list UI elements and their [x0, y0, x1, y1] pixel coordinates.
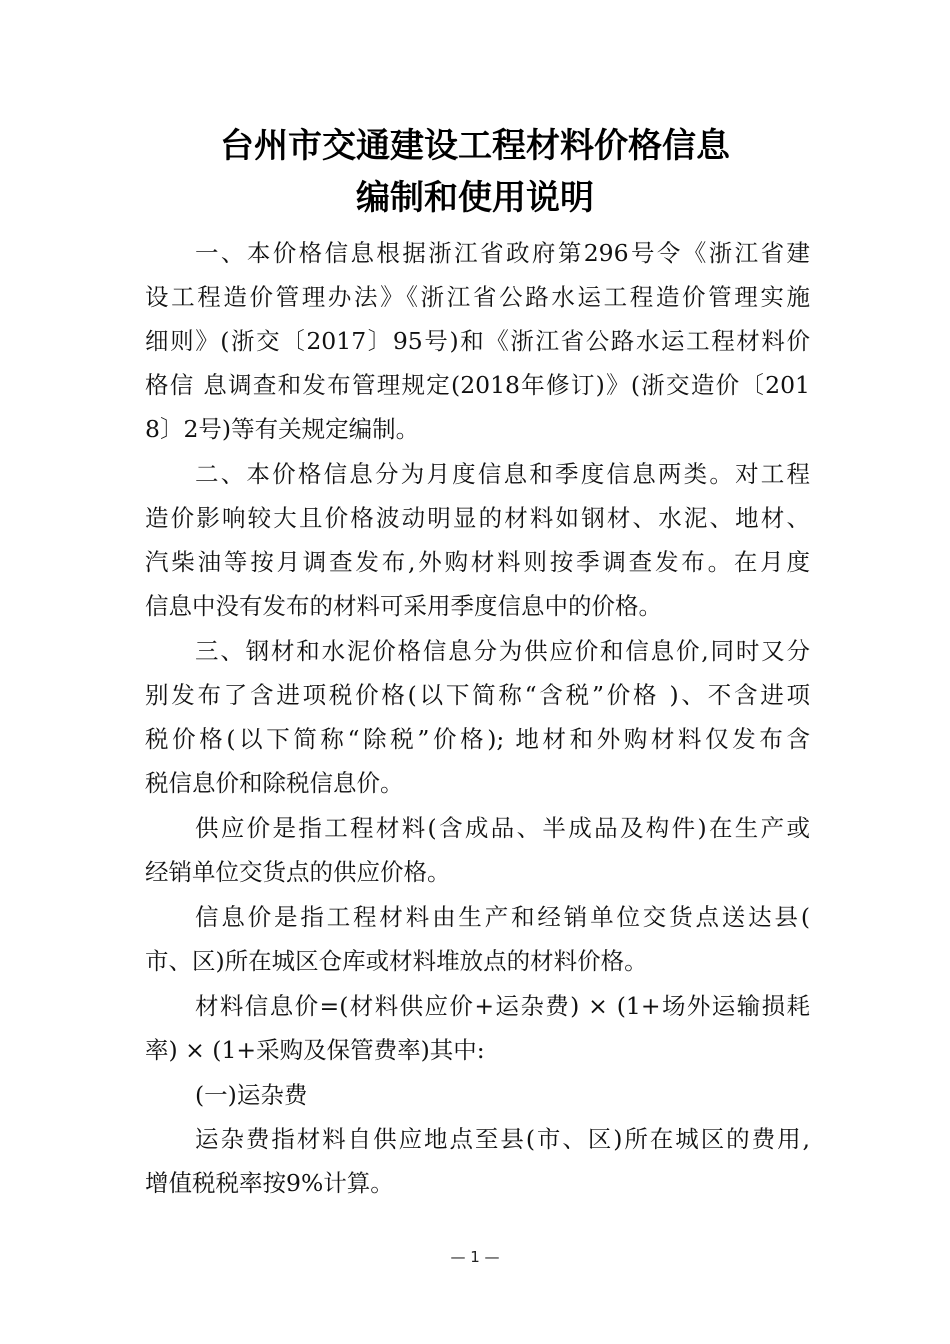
body-text-line: 二、本价格信息分为月度信息和季度信息两类。对工程 [195, 459, 810, 489]
body-text-line: 汽柴油等按月调查发布,外购材料则按季调查发布。在月度 [145, 547, 810, 577]
body-text-line: 运杂费指材料自供应地点至县(市、区)所在城区的费用, [195, 1124, 810, 1154]
document-title-line-2: 编制和使用说明 [0, 170, 950, 219]
body-text-line: 三、钢材和水泥价格信息分为供应价和信息价,同时又分 [195, 636, 810, 666]
page-number: — 1 — [0, 1248, 950, 1266]
body-text-line: 供应价是指工程材料(含成品、半成品及构件)在生产或 [195, 813, 810, 843]
body-text-line: 税价格(以下简称“除税”价格); 地材和外购材料仅发布含 [145, 724, 810, 754]
body-text-line: (一)运杂费 [195, 1080, 810, 1110]
body-text-line: 8〕2号)等有关规定编制。 [145, 414, 810, 444]
body-text-line: 材料信息价=(材料供应价+运杂费) × (1+场外运输损耗 [195, 991, 810, 1021]
body-text-line: 税信息价和除税信息价。 [145, 768, 810, 798]
body-text-line: 细则》(浙交〔2017〕95号)和《浙江省公路水运工程材料价 [145, 326, 810, 356]
body-text-line: 一、本价格信息根据浙江省政府第296号令《浙江省建 [195, 238, 810, 268]
body-text-line: 设工程造价管理办法》《浙江省公路水运工程造价管理实施 [145, 282, 810, 312]
body-text-line: 信息价是指工程材料由生产和经销单位交货点送达县( [195, 902, 810, 932]
body-text-line: 增值税税率按9%计算。 [145, 1168, 810, 1198]
body-text-line: 造价影响较大且价格波动明显的材料如钢材、水泥、地材、 [145, 503, 810, 533]
body-text-line: 别发布了含进项税价格(以下简称“含税”价格 )、不含进项 [145, 680, 810, 710]
body-text-line: 信息中没有发布的材料可采用季度信息中的价格。 [145, 591, 810, 621]
body-text-line: 率) × (1+采购及保管费率)其中: [145, 1035, 810, 1065]
body-text-line: 经销单位交货点的供应价格。 [145, 857, 810, 887]
body-text-line: 市、区)所在城区仓库或材料堆放点的材料价格。 [145, 946, 810, 976]
document-title-line-1: 台州市交通建设工程材料价格信息 [0, 118, 950, 167]
body-text-line: 格信 息调查和发布管理规定(2018年修订)》(浙交造价〔201 [145, 370, 810, 400]
